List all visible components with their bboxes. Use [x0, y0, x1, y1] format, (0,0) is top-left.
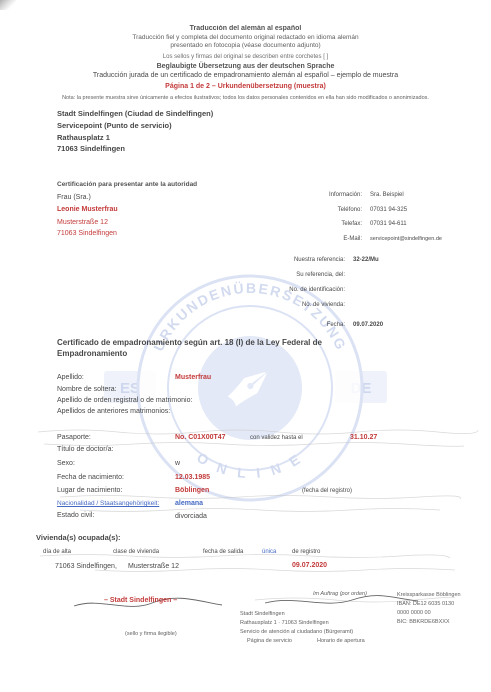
sender-name: Stadt Sindelfingen (Ciudad de Sindelfing… [57, 110, 213, 118]
header-line-2: Traducción fiel y completa del documento… [0, 34, 491, 41]
residence-address-street: Musterstraße 12 [128, 563, 179, 571]
meta-label-id-number: No. de identificación: [289, 287, 345, 293]
recipient-city: 71063 Sindelfingen [57, 230, 117, 238]
recipient-salutation: Frau (Sra.) [57, 194, 91, 202]
surname-label: Apellido: [57, 374, 84, 382]
footer-bank-iban-1: IBAN: DE12 6035 0130 [397, 601, 454, 607]
civil-status-value: divorciada [175, 513, 207, 521]
header-line-5: Beglaubigte Übersetzung aus der deutsche… [0, 63, 491, 71]
recipient-street: Musterstraße 12 [57, 219, 108, 227]
meta-value-phone: 07031 94-325 [370, 207, 407, 213]
official-stamp-text: – Stadt Sindelfingen – [104, 597, 177, 605]
surname-value: Musterfrau [175, 374, 211, 382]
footer-office-address: Rathausplatz 1 · 71063 Sindelfingen [240, 620, 329, 626]
passport-value: No. C01X00T47 [175, 434, 226, 442]
document-text-layer: Traducción del alemán al español Traducc… [0, 0, 491, 692]
residence-address-city: 71063 Sindelfingen, [55, 563, 117, 571]
passport-valid-label: con validez hasta el [250, 435, 303, 442]
birthdate-label: Fecha de nacimiento: [57, 474, 124, 482]
sender-department: Servicepoint (Punto de servicio) [57, 122, 172, 130]
footer-office-name: Stadt Sindelfingen [240, 611, 285, 617]
doctor-title-label: Título de doctor/a: [57, 446, 113, 454]
meta-value-date: 09.07.2020 [353, 322, 383, 328]
nationality-label: Nacionalidad / Staatsangehörigkeit: [57, 500, 159, 507]
footer-bank-bic: BIC: BBKRDE6BXXX [397, 619, 450, 625]
maiden-name-label: Nombre de soltera: [57, 386, 117, 394]
meta-label-date: Fecha: [327, 322, 345, 328]
meta-label-phone: Teléfono: [338, 207, 362, 213]
notice-line: Certificación para presentar ante la aut… [57, 181, 197, 188]
footer-bank-iban-2: 0000 0000 00 [397, 610, 431, 616]
by-order-text: Im Auftrag (por orden) [313, 591, 367, 597]
sex-value: w [175, 460, 180, 468]
residence-col-dwelling-type: clase de vivienda [113, 549, 159, 556]
recipient-name: Leonie Musterfrau [57, 206, 118, 214]
meta-label-our-ref: Nuestra referencia: [294, 257, 345, 263]
meta-label-info: Información: [329, 192, 362, 198]
document-title-line-1: Certificado de empadronamiento según art… [57, 339, 322, 348]
document-page: ES DE URKUNDENÜBERSETZUNG O N L I N E ✒ [0, 0, 491, 692]
passport-valid-value: 31.10.27 [350, 434, 377, 442]
document-title-line-2: Empadronamiento [57, 350, 127, 359]
meta-value-info: Sra. Beispiel [370, 192, 404, 198]
stamp-caption: (sello y firma ilegible) [125, 631, 177, 637]
sender-street: Rathausplatz 1 [57, 134, 110, 142]
header-line-4: Los sellos y firmas del original se desc… [0, 54, 491, 61]
footer-office-opening-hours: Horario de apertura [317, 638, 365, 644]
civil-status-label: Estado civil: [57, 512, 94, 520]
meta-label-your-ref: Su referencia, del: [296, 272, 345, 278]
sender-city: 71063 Sindelfingen [57, 145, 125, 153]
meta-value-email: servicepoint@sindelfingen.de [370, 236, 442, 242]
residence-col-of-record: de registro [292, 549, 320, 556]
meta-label-email: E-Mail: [343, 236, 362, 242]
residence-col-registered: día de alta [43, 549, 71, 556]
header-fine-print: Nota: la presente muestra sirve únicamen… [0, 95, 491, 101]
birthplace-note: (fecha del registro) [302, 488, 352, 495]
header-line-3: presentado en fotocopia (véase documento… [0, 42, 491, 49]
marriage-name-label: Apellido de orden registral o de matrimo… [57, 397, 192, 405]
residence-heading: Vivienda(s) ocupada(s): [36, 534, 120, 542]
residence-col-sole: única [262, 549, 276, 556]
birthplace-label: Lugar de nacimiento: [57, 487, 122, 495]
footer-office-department: Servicio de atención al ciudadano (Bürge… [240, 629, 353, 635]
previous-name-label: Apellidos de anteriores matrimonios: [57, 408, 170, 416]
passport-label: Pasaporte: [57, 434, 91, 442]
birthdate-value: 12.03.1985 [175, 474, 210, 482]
meta-label-fax: Telefax: [341, 221, 362, 227]
header-line-6: Traducción jurada de un certificado de e… [0, 72, 491, 80]
header-line-1: Traducción del alemán al español [0, 25, 491, 33]
sex-label: Sexo: [57, 460, 75, 468]
birthplace-value: Böblingen [175, 487, 209, 495]
residence-date-value: 09.07.2020 [292, 562, 327, 570]
meta-value-fax: 07031 94-611 [370, 221, 407, 227]
meta-value-our-ref: 32-22/Mu [353, 257, 379, 263]
footer-office-service-page: Página de servicio [247, 638, 292, 644]
meta-label-dwelling-number: No. de vivienda: [302, 302, 345, 308]
header-red-line: Página 1 de 2 – Urkundenübersetzung (mue… [0, 83, 491, 91]
footer-bank-name: Kreissparkasse Böblingen [397, 592, 461, 598]
residence-col-move-out: fecha de salida [203, 549, 243, 556]
nationality-value: alemana [175, 500, 203, 508]
